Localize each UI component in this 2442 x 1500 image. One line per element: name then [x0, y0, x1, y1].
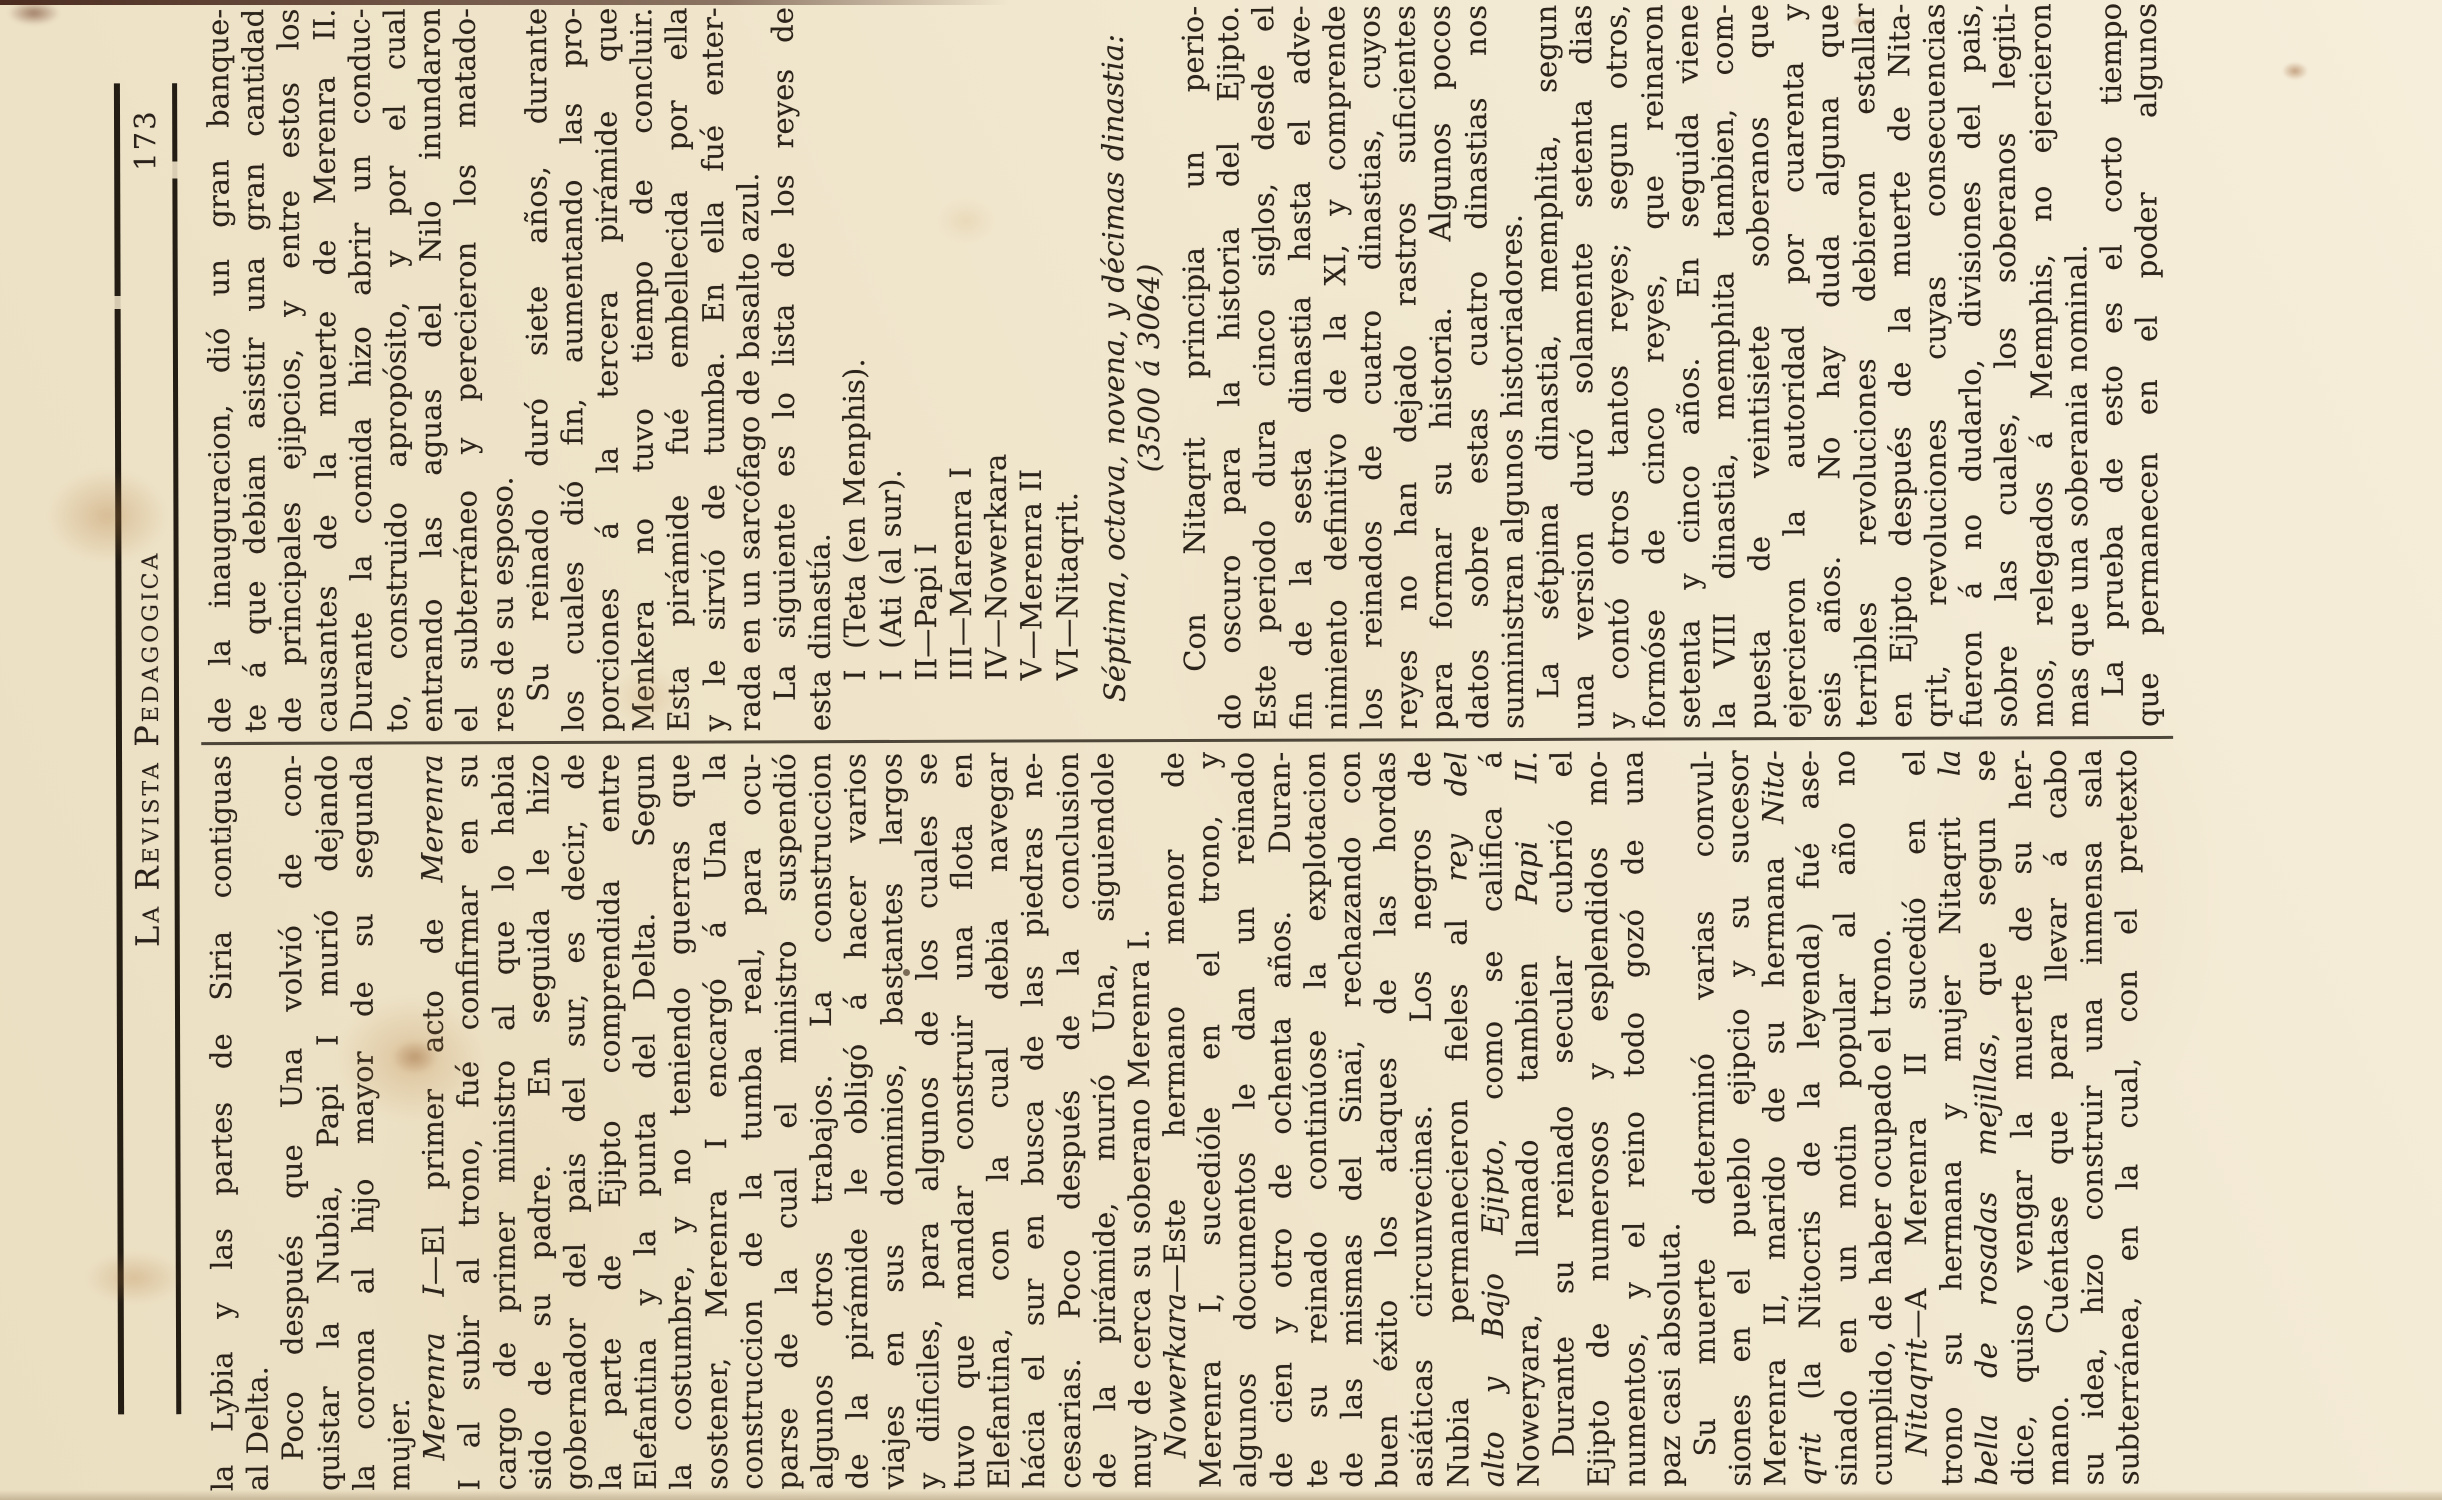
text-line: de principales ejipcios, y entre estos l…: [272, 9, 310, 733]
text-line: nimiento definitivo de la XI, y comprend…: [1317, 5, 1355, 729]
text-line: qrit, revoluciones cuyas consecuencias: [1917, 3, 1955, 727]
text-line: esta dinastía.: [801, 7, 839, 731]
text-line: de las mismas del Sinaï, rechazando con: [1333, 751, 1371, 1487]
text-line: cargo de primer ministro al que lo habia: [486, 754, 524, 1490]
text-line: I (Teta (en Menphis).: [836, 7, 874, 731]
text-line: y contó otros tantos reyes; segun otros,: [1599, 4, 1637, 728]
text-line: Noweryara, llamado tambien Papi II.: [1509, 751, 1547, 1487]
text-line: una version duró solamente setenta dias: [1564, 5, 1602, 729]
text-line: cumplido, de haber ocupado el trono.: [1862, 750, 1900, 1486]
text-line: gobernador del pais del sur, es decir, d…: [556, 754, 594, 1490]
text-line: los cuales dió fin, aumentando las pro-: [554, 8, 592, 732]
text-line: Ejipto de numerosos y esplendidos mo-: [1580, 751, 1618, 1487]
text-line: seis años. No hay duda alguna que: [1811, 4, 1849, 728]
text-line: setenta y cinco años. En seguida viene: [1670, 4, 1708, 728]
text-line: VI—Nitaqrit.: [1048, 6, 1086, 730]
text-line: asiáticas circunvecinas. Los negros de: [1403, 751, 1441, 1487]
text-line: formóse de cinco reyes, que reinaron: [1635, 4, 1673, 728]
text-line: Esta pirámide fué embellecida por ella: [660, 7, 698, 731]
text-line: sinado en un motin popular al año no: [1827, 750, 1865, 1486]
text-line: tuvo que mandar construir una flota en: [944, 753, 982, 1489]
text-line: de la pirámide, murió Una, siguiendole: [1086, 752, 1124, 1488]
text-line: y le sirvió de tumba. En ella fué enter-: [695, 7, 733, 731]
text-line: Elefantina, con la cual debia navegar: [980, 753, 1018, 1489]
text-line: cesarias. Poco después de la conclusion: [1050, 752, 1088, 1488]
text-line: rada en un sarcófago de basalto azul.: [730, 7, 768, 731]
text-line: la Lybia y las partes de Siria contiguas: [203, 755, 241, 1491]
text-line: I al subir al trono, fué confirmar en su: [450, 754, 488, 1490]
text-line: dice, quiso vengar la muerte de su her-: [2003, 749, 2041, 1485]
column-separator-rule: [201, 736, 2173, 745]
text-line: Elefantina y la punta del Delta. Segun: [627, 754, 665, 1490]
text-line: hácia el sur en busca de las piedras ne-: [1015, 752, 1053, 1488]
text-line: quistar la Nubia, Papi I murió dejando: [309, 755, 347, 1491]
text-line: buen éxito los ataques de las hordas: [1368, 751, 1406, 1487]
text-line: de cien y otro de ochenta años. Duran-: [1262, 752, 1300, 1488]
text-line: mujer.: [380, 754, 418, 1490]
text-line: algunos documentos le dan un reinado: [1227, 752, 1265, 1488]
text-line: entrando las aguas del Nilo inundaron: [413, 8, 451, 732]
text-line: el subterráneo y perecieron los matado-: [448, 8, 486, 732]
text-line: to, construido apropósito, y por el cual: [377, 8, 415, 732]
text-line: al Delta.: [239, 755, 277, 1491]
text-line: fin de la sesta dinastia hasta el adve-: [1282, 5, 1320, 729]
text-line: La siguiente es lo lista de los reyes de: [766, 7, 804, 731]
text-line: la corona al hijo mayor de su segunda: [344, 755, 382, 1491]
text-line: Merenra I, sucedióle en el trono, y: [1191, 752, 1229, 1488]
text-line: res de su esposo.: [483, 8, 521, 732]
text-line: La sétpima dinastia, memphita, segun: [1529, 5, 1567, 729]
text-line: parse de la cual el ministro suspendió: [768, 753, 806, 1489]
right-column: de la inauguracion, dió un gran banque-t…: [201, 3, 2166, 733]
text-line: Merenra II, marido de su hermana Nita-: [1756, 750, 1794, 1486]
left-column: la Lybia y las partes de Siria contiguas…: [203, 749, 2146, 1491]
text-line: construccion de la tumba real, para ocu-: [733, 753, 771, 1489]
text-line: en Ejipto después de la muerte de Nita-: [1882, 4, 1920, 728]
journal-title: La Revista Pedagogica: [120, 83, 174, 1414]
text-line: Su reinado duró siete años, durante: [519, 8, 557, 732]
text-line: Durante la comida hizo abrir un conduc-: [342, 8, 380, 732]
text-line: bella de rosadas mejillas, que segun se: [1968, 749, 2006, 1485]
text-line: Merenra I—El primer acto de Merenra: [415, 754, 453, 1490]
text-line: sido de su padre. En seguida le hizo: [521, 754, 559, 1490]
text-line: de la inauguracion, dió un gran banque-: [201, 9, 239, 733]
header-row: La Revista Pedagogica 173: [120, 83, 176, 1414]
text-line: subterránea, en la cual, con el pretexto: [2109, 749, 2147, 1485]
text-line: mano. Cuéntase que para llevar á cabo: [2039, 749, 2077, 1485]
text-line: Este periodo dura cinco siglos, desde el: [1246, 6, 1284, 730]
text-line: III—Marenra I: [942, 6, 980, 730]
running-head: La Revista Pedagogica 173: [0, 83, 200, 1415]
text-line: los reinados de cuatro dinastias, cuyos: [1352, 5, 1390, 729]
text-line: trono su hermana y mujer Nitaqrit la: [1933, 750, 1971, 1486]
text-line: Su muerte determinó varias convul-: [1686, 750, 1724, 1486]
text-line: reyes no han dejado rastros suficientes: [1388, 5, 1426, 729]
text-line: qrit (la Nitocris de la leyenda) fué ase…: [1791, 750, 1829, 1486]
text-line: I (Ati (al sur).: [871, 7, 909, 731]
text-line: Nubia permanecieron fieles al rey del: [1439, 751, 1477, 1487]
text-line: la costumbre, y no teniendo guerras que: [662, 754, 700, 1490]
text-line: porciones á la tercera pirámide que: [589, 8, 627, 732]
text-line: Poco después que Una volvió de con-: [274, 755, 312, 1491]
text-line: te su reinado continúose la explotacion: [1297, 752, 1335, 1488]
text-line: muy de cerca su soberano Merenra I.: [1121, 752, 1159, 1488]
text-line: puesta de veintisiete soberanos que: [1741, 4, 1779, 728]
text-line: te á que debian asistir una gran cantida…: [236, 9, 274, 733]
text-line: V—Merenra II: [1013, 6, 1051, 730]
text-line: II—Papi I: [907, 7, 945, 731]
text-line: Nitaqrit—A Merenra II sucedió en el: [1897, 750, 1935, 1486]
text-line: sobre las cuales, los soberanos legiti-: [1988, 3, 2026, 727]
text-line: fueron á no dudarlo, divisiones del pais…: [1952, 3, 1990, 727]
text-line: algunos otros trabajos. La construccion: [803, 753, 841, 1489]
text-line: viajes en sus dominios, bastantes largos: [874, 753, 912, 1489]
text-line: Durante su reinado secular cubrió el: [1544, 751, 1582, 1487]
text-line: Nowerkara—Este hermano menor de: [1156, 752, 1194, 1488]
text-line: Con Nitaqrit principia un perio-: [1176, 6, 1214, 730]
text-line: siones en el pueblo ejipcio y su sucesor: [1721, 750, 1759, 1486]
text-line: mos, relegados á Memphis, no ejercieron: [2023, 3, 2061, 727]
text-line: ejercieron la autoridad por cuarenta y: [1776, 4, 1814, 728]
text-line: alto y Bajo Ejipto, como se califica á: [1474, 751, 1512, 1487]
text-line: que permanecen en el poder algunos: [2129, 3, 2167, 727]
text-line: IV—Nowerkara: [977, 6, 1015, 730]
text-line: mas que una soberania nominal.: [2058, 3, 2096, 727]
text-line: Menkera no tuvo tiempo de concluir.: [624, 7, 662, 731]
scanned-page-viewport: La Revista Pedagogica 173 la Lybia y las…: [0, 0, 2442, 1500]
text-line: datos sobre estas cuatro dinastias nos: [1458, 5, 1496, 729]
text-line: la VIII dinastia, memphita tambien, com-: [1705, 4, 1743, 728]
text-line: su idea, hizo construir una inmensa sala: [2074, 749, 2112, 1485]
text-line: sostener, Merenra I encargó á Una la: [697, 753, 735, 1489]
text-line: la parte de Ejipto comprendida entre: [591, 754, 629, 1490]
journal-page: La Revista Pedagogica 173 la Lybia y las…: [0, 0, 2442, 1500]
text-line: suministran algunos historiadores.: [1494, 5, 1532, 729]
text-line: causantes de la muerte de Merenra II.: [307, 8, 345, 732]
text-line: terribles revoluciones debieron estallar: [1846, 4, 1884, 728]
text-line: y dificiles, para algunos de los cuales …: [909, 753, 947, 1489]
text-line: Séptima, octava, novena, y décimas dinas…: [1095, 6, 1133, 730]
text-line: (3500 á 3064): [1131, 6, 1169, 730]
text-line: de la pirámide le obligó á hacer varios: [839, 753, 877, 1489]
text-line: do oscuro para la historia del Ejipto.: [1211, 6, 1249, 730]
text-line: paz casi absoluta.: [1650, 750, 1688, 1486]
text-line: para formar su historia. Algunos pocos: [1423, 5, 1461, 729]
text-line: numentos, y el reino todo gozó de una: [1615, 751, 1653, 1487]
text-line: La prueba de esto es el corto tiempo: [2094, 3, 2132, 727]
page-number: 173: [120, 109, 170, 171]
